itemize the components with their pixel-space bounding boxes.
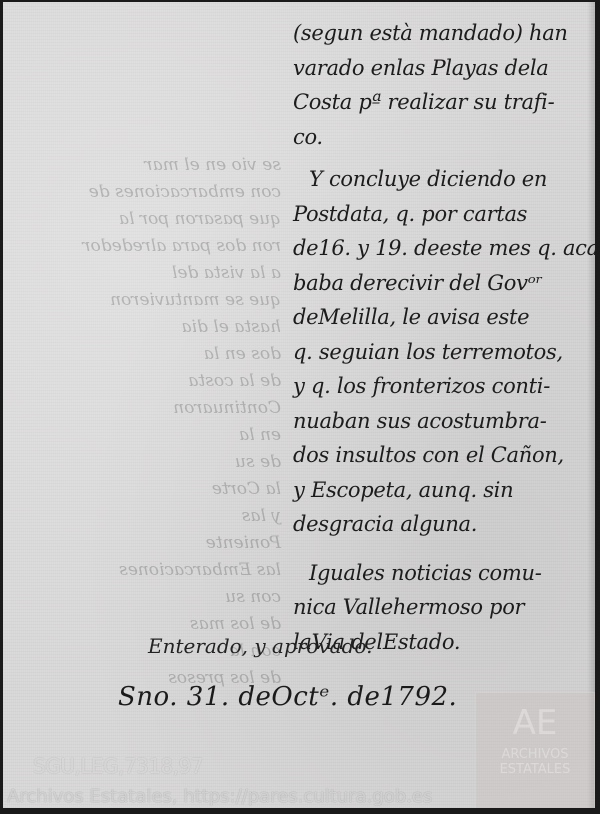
approval-note: Enterado, y aprovado. bbox=[148, 634, 372, 658]
logo-mark-icon: AE bbox=[476, 699, 594, 747]
text-line: Costa pª realizar su trafi- bbox=[293, 85, 593, 120]
text-line: deMelilla, le avisa este bbox=[293, 300, 593, 335]
bleed-line: y las bbox=[11, 503, 281, 530]
text-line: y q. los fronterizos conti- bbox=[293, 369, 593, 404]
text-line: Y concluye diciendo en bbox=[293, 162, 593, 197]
text-line: de16. y 19. deeste mes q. aca- bbox=[293, 231, 593, 266]
text-line: Postdata, q. por cartas bbox=[293, 197, 593, 232]
text-line: Iguales noticias comu- bbox=[293, 556, 593, 591]
text-line: nica Vallehermoso por bbox=[293, 590, 593, 625]
text-line: dos insultos con el Cañon, bbox=[293, 438, 593, 473]
bleed-line: que pasaron por la bbox=[11, 206, 281, 233]
bleed-line: la Corte bbox=[11, 476, 281, 503]
handwritten-body: (segun està mandado) han varado enlas Pl… bbox=[293, 16, 593, 659]
text-line: co. bbox=[293, 120, 593, 155]
bleed-line: que se mantuvieron bbox=[11, 287, 281, 314]
bleed-line: a la vista del bbox=[11, 260, 281, 287]
text-line: varado enlas Playas dela bbox=[293, 51, 593, 86]
archive-reference-watermark: SGU,LEG,7318,97 bbox=[33, 754, 203, 778]
bleed-line: hasta el dia bbox=[11, 314, 281, 341]
text-line: q. seguian los terremotos, bbox=[293, 335, 593, 370]
bleed-line: dos en la bbox=[11, 341, 281, 368]
archive-source-watermark: Archivos Estatales, https://pares.cultur… bbox=[7, 786, 432, 807]
bleed-line: se vio en el mar bbox=[11, 152, 281, 179]
logo-text-line: ESTATALES bbox=[476, 762, 594, 777]
bleed-line: de su bbox=[11, 449, 281, 476]
bleed-line: de la costa bbox=[11, 368, 281, 395]
bleed-line: en la bbox=[11, 422, 281, 449]
bleed-line: Poniente bbox=[11, 530, 281, 557]
date-line: Sno. 31. deOctᵉ. de1792. bbox=[118, 682, 457, 712]
text-line: desgracia alguna. bbox=[293, 507, 593, 542]
text-line: nuaban sus acostumbra- bbox=[293, 404, 593, 439]
text-line: baba derecivir del Govᵒʳ bbox=[293, 266, 593, 301]
bleed-line: Continuaron bbox=[11, 395, 281, 422]
archive-logo-watermark: AE ARCHIVOS ESTATALES bbox=[475, 692, 595, 808]
text-line: y Escopeta, aunq. sin bbox=[293, 473, 593, 508]
bleed-line: ron dos para alrededor bbox=[11, 233, 281, 260]
manuscript-page: se vio en el mar con embarcaciones de qu… bbox=[3, 2, 595, 808]
bleed-line: con su bbox=[11, 584, 281, 611]
paragraph-1: (segun està mandado) han varado enlas Pl… bbox=[293, 16, 593, 154]
bleed-line: las Embarcaciones bbox=[11, 557, 281, 584]
bleed-through-text: se vio en el mar con embarcaciones de qu… bbox=[11, 152, 281, 692]
paragraph-2: Y concluye diciendo en Postdata, q. por … bbox=[293, 162, 593, 542]
scan-border bbox=[0, 808, 600, 814]
text-line: (segun està mandado) han bbox=[293, 16, 593, 51]
logo-text-line: ARCHIVOS bbox=[476, 747, 594, 762]
bleed-line: con embarcaciones de bbox=[11, 179, 281, 206]
